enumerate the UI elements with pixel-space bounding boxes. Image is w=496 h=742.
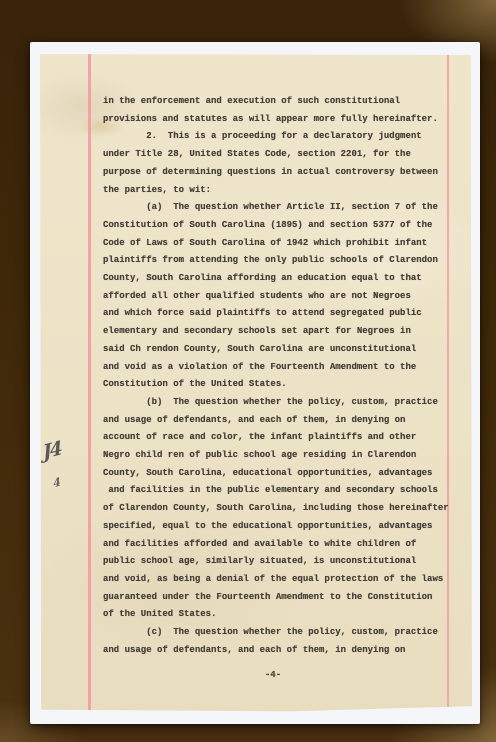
typed-line: and facilities afforded and available to… [103,536,463,554]
typed-line: Negro child ren of public school age res… [103,447,463,465]
typed-line: of Clarendon County, South Carolina, inc… [103,500,463,518]
typed-line: of the United States. [103,606,463,624]
typed-line: and usage of defendants, and each of the… [103,412,463,430]
handwritten-initials: J4 [42,426,106,464]
typed-text-block: in the enforcement and execution of such… [103,93,463,660]
document-page: J4 4 in the enforcement and execution of… [40,54,472,712]
framed-photograph: { "colors": { "frame": "#3f2808", "backi… [0,0,496,742]
typed-line: County, South Carolina, educational oppo… [103,465,463,483]
typed-line: in the enforcement and execution of such… [103,93,463,111]
typed-line: and void, as being a denial of the equal… [103,571,463,589]
white-backing-sheet: J4 4 in the enforcement and execution of… [30,42,480,724]
typed-line: specified, equal to the educational oppo… [103,518,463,536]
typed-line: afforded all other qualified students wh… [103,288,463,306]
margin-annotation: J4 4 [36,434,106,482]
typed-line: account of race and color, the infant pl… [103,429,463,447]
typed-line: and which force said plaintiffs to atten… [103,305,463,323]
typed-line: said Ch rendon County, South Carolina ar… [103,341,463,359]
typed-line: under Title 28, United States Code, sect… [103,146,463,164]
typed-line: the parties, to wit: [103,182,463,200]
typed-line: guaranteed under the Fourteenth Amendmen… [103,589,463,607]
typed-line: plaintiffs from attending the only publi… [103,252,463,270]
typed-line: Constitution of South Carolina (1895) an… [103,217,463,235]
typed-line: 2. This is a proceeding for a declarator… [103,128,463,146]
typed-line: and void as a violation of the Fourteent… [103,359,463,377]
typed-line: Code of Laws of South Carolina of 1942 w… [103,235,463,253]
typed-line: (b) The question whether the policy, cus… [103,394,463,412]
left-margin-rule [88,54,91,712]
handwritten-number: 4 [52,461,105,491]
typed-line: Constitution of the United States. [103,376,463,394]
typed-line: public school age, similarly situated, i… [103,553,463,571]
typed-line: (a) The question whether Article II, sec… [103,199,463,217]
typed-line: purpose of determining questions in actu… [103,164,463,182]
typed-line: (c) The question whether the policy, cus… [103,624,463,642]
typed-line: County, South Carolina affording an educ… [103,270,463,288]
typed-line: elementary and secondary schools set apa… [103,323,463,341]
page-number: -4- [103,670,443,680]
typed-line: provisions and statutes as will appear m… [103,111,463,129]
typed-line: and facilities in the public elementary … [103,482,463,500]
typed-line: and usage of defendants, and each of the… [103,642,463,660]
